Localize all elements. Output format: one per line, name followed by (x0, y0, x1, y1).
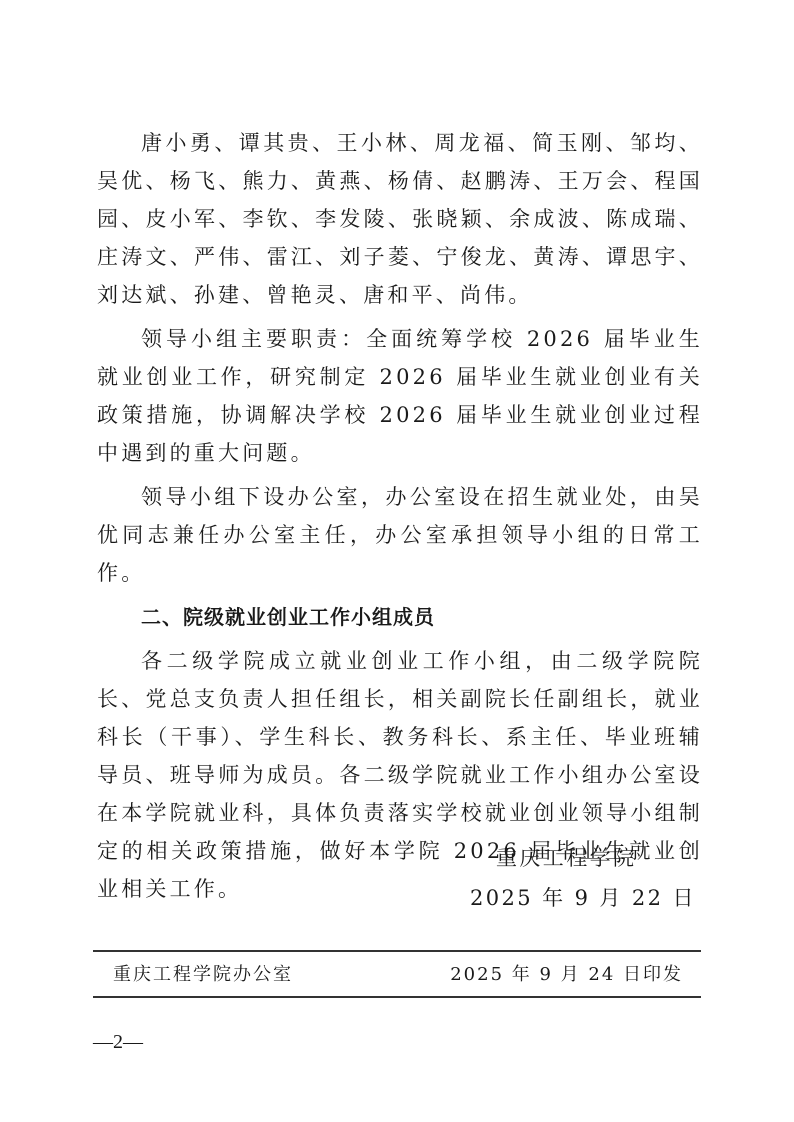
section-heading: 二、院级就业创业工作小组成员 (97, 598, 703, 636)
signature-organization: 重庆工程学院 (470, 838, 710, 878)
issuance-footer: 重庆工程学院办公室 2025 年 9 月 24 日印发 (113, 958, 683, 992)
signature-block: 重庆工程学院 2025 年 9 月 22 日 (470, 838, 710, 918)
document-page: 唐小勇、谭其贵、王小林、周龙福、简玉刚、邹均、吴优、杨飞、熊力、黄燕、杨倩、赵鹏… (0, 0, 794, 1122)
member-names-paragraph: 唐小勇、谭其贵、王小林、周龙福、简玉刚、邹均、吴优、杨飞、熊力、黄燕、杨倩、赵鹏… (97, 124, 703, 314)
page-number: —2— (93, 1030, 143, 1054)
office-paragraph: 领导小组下设办公室，办公室设在招生就业处，由吴优同志兼任办公室主任，办公室承担领… (97, 478, 703, 592)
footer-bottom-rule (93, 996, 701, 998)
duties-paragraph: 领导小组主要职责：全面统筹学校 2026 届毕业生就业创业工作，研究制定 202… (97, 320, 703, 472)
footer-top-rule (93, 950, 701, 952)
issue-date: 2025 年 9 月 24 日印发 (450, 958, 683, 992)
signature-date: 2025 年 9 月 22 日 (470, 878, 710, 918)
document-body: 唐小勇、谭其贵、王小林、周龙福、简玉刚、邹均、吴优、杨飞、熊力、黄燕、杨倩、赵鹏… (97, 124, 703, 914)
issuer-name: 重庆工程学院办公室 (113, 958, 293, 992)
